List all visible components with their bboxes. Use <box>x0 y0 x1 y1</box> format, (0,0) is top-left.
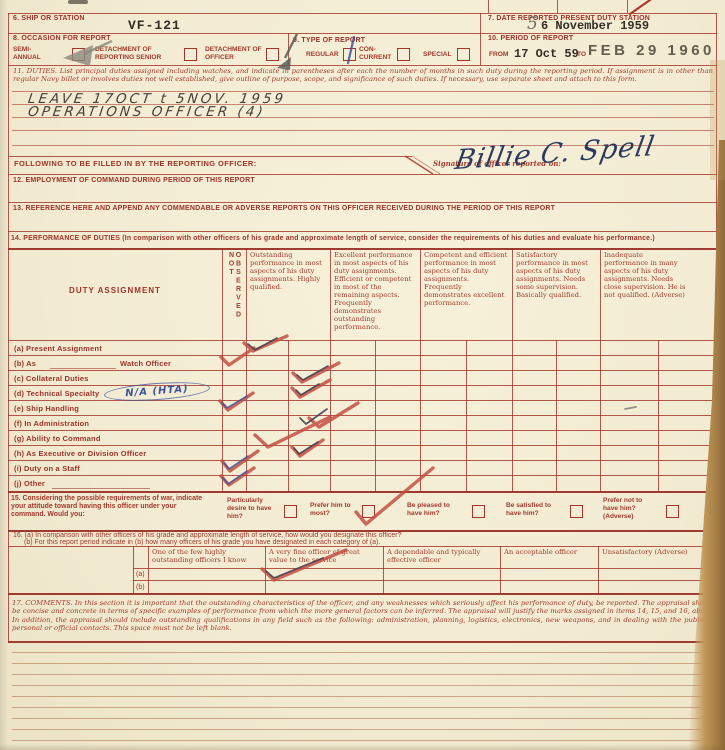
row-b-suffix: Watch Officer <box>120 360 171 369</box>
left-scan-edge <box>0 0 8 750</box>
check-row-i-red <box>222 451 258 471</box>
bottom-scan-edge <box>0 744 725 750</box>
checkbox-special <box>457 48 470 61</box>
checkbox-detachment-senior <box>184 48 197 61</box>
check-row-i-blue <box>224 456 248 469</box>
comment-rule <box>12 652 716 653</box>
field15-intro: 15. Considering the possible requirement… <box>11 495 211 519</box>
grid-line <box>8 355 717 356</box>
check-row-g-red <box>255 417 330 447</box>
check-row-c-red <box>293 363 339 382</box>
comment-rule <box>12 674 716 675</box>
ship-station-value: VF-121 <box>128 18 181 33</box>
grid-line <box>8 546 717 547</box>
entry-rule <box>12 130 714 131</box>
rating-col-inadequate: Inadequate performance in many aspects o… <box>604 251 686 299</box>
period-to-stamp: FEB 29 1960 <box>588 42 715 59</box>
duties-entry-operations: OPERATIONS OFFICER (4) <box>27 104 267 120</box>
typed-smudge <box>68 0 88 4</box>
designation-row-a: (a) <box>136 571 145 579</box>
check-row-e-blue <box>222 396 247 408</box>
rating-col-excellent: Excellent performance in most aspects of… <box>334 251 416 331</box>
grid-line <box>8 385 717 386</box>
grid-line <box>8 33 717 34</box>
type-option-special: SPECIAL <box>423 51 452 59</box>
grid-line <box>8 445 717 446</box>
checkbox-detachment-officer <box>266 48 279 61</box>
section-border <box>8 65 717 66</box>
grid-line <box>288 33 289 65</box>
grid-line <box>557 0 558 13</box>
comment-rule <box>12 707 716 708</box>
occasion-option-semiannual: SEMI-ANNUAL <box>13 46 51 62</box>
red-pen-stroke-top <box>630 0 650 14</box>
banner-diagonal <box>405 156 433 174</box>
rating-col-competent: Competent and efficient performance in m… <box>424 251 508 307</box>
field10-label: 10. PERIOD OF REPORT <box>488 35 573 43</box>
period-from-label: FROM <box>489 51 508 59</box>
row-g-label: (g) Ability to Command <box>14 435 101 444</box>
comment-rule <box>12 729 716 730</box>
field14-title: 14. PERFORMANCE OF DUTIES (In comparison… <box>11 235 716 243</box>
grid-line <box>488 0 489 13</box>
comment-rule <box>12 685 716 686</box>
designation-col-5: Unsatisfactory (Adverse) <box>602 548 712 556</box>
occasion-option-detachment-officer: DETACHMENT OF OFFICER <box>205 46 263 62</box>
designation-col-2: A very fine officer of great value to th… <box>269 548 379 564</box>
option-prefer-not: Prefer not to have him? (Adverse) <box>603 497 659 520</box>
designation-col-3: A dependable and typically effective off… <box>387 548 495 564</box>
checkbox-prefer-not <box>666 505 679 518</box>
check-row-h-red <box>292 440 323 456</box>
officer-signature: Billie C. Spell <box>452 131 657 176</box>
period-from-value: 17 Oct 59 <box>514 47 579 61</box>
row-b-label: (b) As <box>14 360 36 369</box>
row-i-label: (i) Duty on a Staff <box>14 465 80 474</box>
checkbox-prefer-him <box>362 505 375 518</box>
checkbox-semiannual <box>72 48 85 61</box>
comments-top-rule <box>8 641 717 643</box>
grid-line <box>8 340 717 341</box>
row-c-label: (c) Collateral Duties <box>14 375 89 384</box>
row-f-label: (f) In Administration <box>14 420 89 429</box>
table-bottom-border <box>8 491 717 493</box>
section-border <box>8 593 717 595</box>
designation-col-4: An acceptable officer <box>504 548 594 556</box>
check-row-h-dark <box>294 442 318 454</box>
table-top-border <box>8 248 717 250</box>
grid-line <box>133 568 717 569</box>
duties-instructions: 11. DUTIES. List principal duties assign… <box>13 67 713 84</box>
checkbox-be-satisfied <box>570 505 583 518</box>
option-prefer-him: Prefer him to most? <box>310 502 358 518</box>
comment-rule <box>12 663 716 664</box>
grid-line <box>8 370 717 371</box>
row-d-label: (d) Technical Specialty <box>14 390 99 399</box>
checkbox-regular <box>343 48 356 61</box>
grid-line <box>8 415 717 416</box>
pencil-dash-row-e <box>625 407 636 409</box>
banner-label: FOLLOWING TO BE FILLED IN BY THE REPORTI… <box>14 160 257 169</box>
rating-col-outstanding: Outstanding performance in most aspects … <box>250 251 326 291</box>
field12-label: 12. EMPLOYMENT OF COMMAND DURING PERIOD … <box>13 177 255 185</box>
check-row-b-red <box>221 348 254 365</box>
pencil-date-correction: 5 <box>527 14 538 34</box>
row-h-label: (h) As Executive or Division Officer <box>14 450 146 459</box>
check-row-a-red <box>244 336 287 351</box>
grid-line <box>500 546 501 593</box>
duty-assignment-header: DUTY ASSIGNMENT <box>40 286 190 295</box>
row-a-label: (a) Present Assignment <box>14 345 102 354</box>
period-to-label: TO <box>577 51 586 59</box>
blank-line <box>52 488 150 489</box>
grid-line <box>480 13 481 65</box>
fitness-report-scan: 6. SHIP OR STATION VF-121 7. DATE REPORT… <box>0 0 725 750</box>
check-row-j-red <box>221 468 254 485</box>
field6-label: 6. SHIP OR STATION <box>13 15 85 23</box>
grid-line <box>383 546 384 593</box>
option-particularly-desire: Particularly desire to have him? <box>227 497 279 520</box>
banner-border <box>8 156 412 157</box>
type-option-regular: REGULAR <box>306 51 339 59</box>
occasion-option-detachment-senior: DETACHMENT OF REPORTING SENIOR <box>95 46 181 62</box>
grid-line <box>8 460 717 461</box>
option-be-pleased: Be pleased to have him? <box>407 502 463 518</box>
grid-line <box>133 580 717 581</box>
section-border <box>8 202 717 203</box>
check-row-j-blue <box>223 471 247 484</box>
grid-line <box>627 0 628 13</box>
grid-line <box>8 430 717 431</box>
checkbox-concurrent <box>397 48 410 61</box>
checkbox-particularly-desire <box>284 505 297 518</box>
grid-line <box>8 400 717 401</box>
check-row-f-dark <box>300 409 327 424</box>
blank-line <box>50 368 116 369</box>
grid-line <box>265 546 266 593</box>
grid-line <box>8 475 717 476</box>
check-row-e-red <box>220 393 253 410</box>
field17-comments: 17. COMMENTS. In this section it is impo… <box>12 599 715 632</box>
comment-rule <box>12 740 716 741</box>
comment-rule <box>12 696 716 697</box>
grid-line <box>133 546 134 593</box>
grid-line <box>148 546 149 593</box>
comment-rule <box>12 718 716 719</box>
date-reported-value: 6 November 1959 <box>541 19 649 33</box>
designation-row-b: (b) <box>136 584 145 592</box>
field9-label: 9. TYPE OF REPORT <box>293 37 365 45</box>
field13-label: 13. REFERENCE HERE AND APPEND ANY COMMEN… <box>13 205 555 213</box>
option-be-satisfied: Be satisfied to have him? <box>506 502 562 518</box>
type-option-concurrent: CON-CURRENT <box>359 46 399 62</box>
check-row-c-dark <box>297 366 328 380</box>
grid-line <box>598 546 599 593</box>
banner-border <box>8 174 717 175</box>
field8-label: 8. OCCASION FOR REPORT <box>13 35 111 43</box>
row-e-label: (e) Ship Handling <box>14 405 79 414</box>
not-observed-header: NOT OBSERVED <box>228 252 242 340</box>
section-border <box>8 13 717 14</box>
designation-col-1: One of the few highly outstanding office… <box>152 548 260 564</box>
section-border <box>8 231 717 232</box>
rating-col-satisfactory: Satisfactory performance in most aspects… <box>516 251 596 299</box>
checkbox-be-pleased <box>472 505 485 518</box>
row-j-label: (j) Other <box>14 480 45 489</box>
check-row-d-red <box>292 380 330 397</box>
